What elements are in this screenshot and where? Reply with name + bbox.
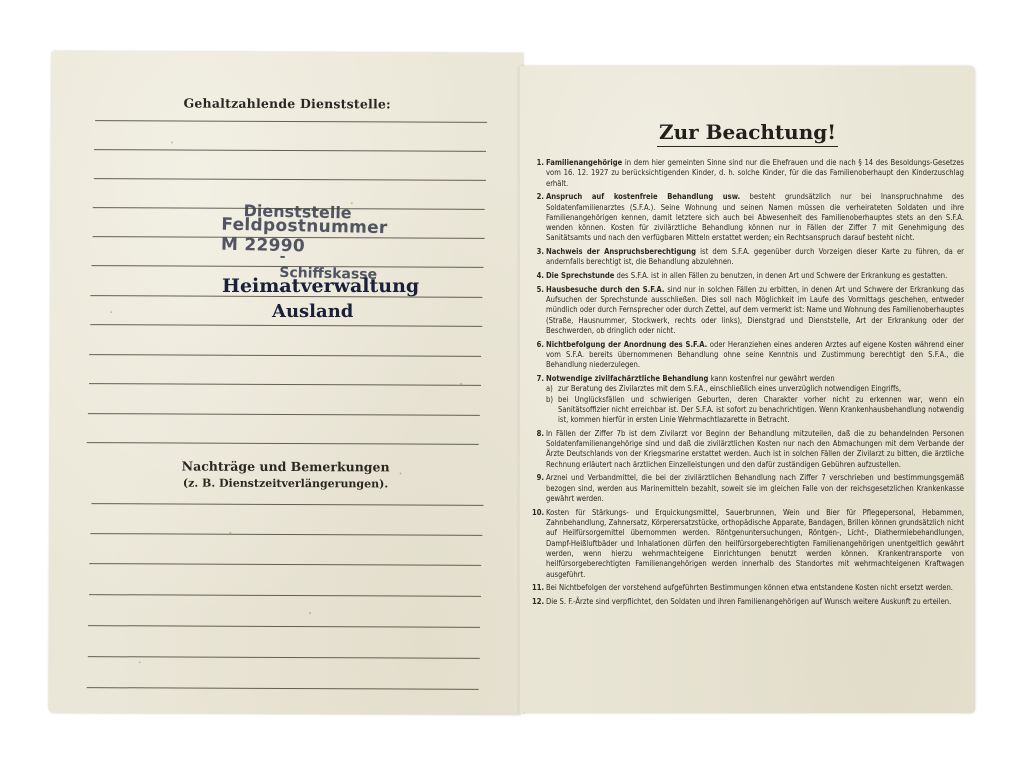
ruled-line xyxy=(90,324,482,327)
notice-item: 6.Nichtbefolgung der Anordnung des S.F.A… xyxy=(532,340,964,371)
notice-item-number: 2. xyxy=(532,192,544,202)
ruled-line xyxy=(89,594,481,597)
salary-office-label: Gehaltzahlende Dienststelle: xyxy=(51,95,523,112)
right-page: Zur Beachtung! 1.Familienangehörige in d… xyxy=(520,66,975,713)
notice-item-lead: Anspruch auf kostenfreie Behandlung usw. xyxy=(546,192,740,201)
notice-item-number: 3. xyxy=(532,247,544,257)
notice-item-number: 10. xyxy=(532,508,544,518)
notice-subitem-text: zur Beratung des Zivilarztes mit dem S.F… xyxy=(558,384,901,393)
notice-item: 5.Hausbesuche durch den S.F.A. sind nur … xyxy=(532,285,964,336)
ruled-line xyxy=(95,120,487,123)
ruled-line xyxy=(88,413,480,416)
notice-subitem: b)bei Unglücksfällen und schwierigen Geb… xyxy=(546,395,964,426)
ruled-line xyxy=(89,383,481,386)
notice-item-text: Bei Nichtbefolgen der vorstehend aufgefü… xyxy=(546,583,953,592)
notice-item-text: In Fällen der Ziffer 7b ist dem Zivilarz… xyxy=(546,429,964,469)
paper-speck xyxy=(400,472,402,474)
notice-item: 8.In Fällen der Ziffer 7b ist dem Zivila… xyxy=(532,429,964,470)
notice-item-number: 7. xyxy=(532,374,544,384)
notice-item: 11.Bei Nichtbefolgen der vorstehend aufg… xyxy=(532,583,964,593)
notice-item: 4.Die Sprechstunde des S.F.A. ist in all… xyxy=(532,271,964,281)
notice-item-number: 6. xyxy=(532,340,544,350)
notice-item-lead: Notwendige zivilfachärztliche Behandlung xyxy=(546,374,708,383)
notice-item-number: 11. xyxy=(532,583,544,593)
notice-item-lead: Hausbesuche durch den S.F.A. xyxy=(546,285,664,294)
notice-item: 9.Arznei und Verbandmittel, die bei der … xyxy=(532,473,964,504)
ruled-line xyxy=(90,533,482,536)
notice-item: 2.Anspruch auf kostenfreie Behandlung us… xyxy=(532,192,964,243)
ruled-lines-upper xyxy=(51,51,523,53)
notice-item-text: kann kostenfrei nur gewährt werden xyxy=(708,374,834,383)
notice-item-number: 1. xyxy=(532,158,544,168)
notice-item-number: 5. xyxy=(532,285,544,295)
notice-title-text: Zur Beachtung! xyxy=(657,120,838,147)
notice-item-lead: Familienangehörige xyxy=(546,158,622,167)
paper-speck xyxy=(460,383,462,385)
notice-item: 10.Kosten für Stärkungs- und Erquickungs… xyxy=(532,508,964,580)
supplements-subtitle: (z. B. Dienstzeitverlängerungen). xyxy=(50,476,522,491)
notice-list: 1.Familienangehörige in dem hier gemeint… xyxy=(532,158,964,611)
notice-item-text: Arznei und Verbandmittel, die bei der zi… xyxy=(546,473,964,503)
notice-item-text: Kosten für Stärkungs- und Erquickungsmit… xyxy=(546,508,964,579)
paper-speck xyxy=(309,612,311,614)
notice-subitem: a)zur Beratung des Zivilarztes mit dem S… xyxy=(546,384,964,394)
notice-item-lead: Nichtbefolgung der Anordnung des S.F.A. xyxy=(546,340,707,349)
notice-item-number: 12. xyxy=(532,597,544,607)
notice-item-lead: Nachweis der Anspruchsberechtigung xyxy=(546,247,696,256)
notice-item: 3.Nachweis der Anspruchsberechtigung ist… xyxy=(532,247,964,268)
notice-item: 1.Familienangehörige in dem hier gemeint… xyxy=(532,158,964,189)
notice-item: 12.Die S. F.-Ärzte sind verpflichtet, de… xyxy=(532,597,964,607)
ruled-line xyxy=(91,503,483,506)
ruled-line xyxy=(94,178,486,181)
ruled-line xyxy=(94,149,486,152)
stamp-line-ausland: Ausland xyxy=(272,301,353,322)
ruled-line xyxy=(90,563,482,566)
notice-subitem-text: bei Unglücksfällen und schwierigen Gebur… xyxy=(558,395,964,425)
notice-item: 7.Notwendige zivilfachärztliche Behandlu… xyxy=(532,374,964,425)
ruled-line xyxy=(88,625,480,628)
notice-item-text: des S.F.A. ist in allen Fällen zu benutz… xyxy=(614,271,947,280)
notice-subitem-label: a) xyxy=(546,384,553,394)
notice-item-text: Die S. F.-Ärzte sind verpflichtet, den S… xyxy=(546,597,951,606)
left-page: Gehaltzahlende Dienststelle: Nachträge u… xyxy=(49,51,524,715)
notice-item-number: 8. xyxy=(532,429,544,439)
ruled-line xyxy=(89,354,481,357)
ruled-lines-lower xyxy=(51,51,523,53)
ruled-line xyxy=(87,656,479,659)
notice-subitem-label: b) xyxy=(546,395,553,405)
notice-item-lead: Die Sprechstunde xyxy=(546,271,614,280)
notice-title: Zur Beachtung! xyxy=(520,120,975,144)
stamp-line-heimatverwaltung: Heimatverwaltung xyxy=(222,275,419,297)
paper-speck xyxy=(110,311,112,313)
paper-speck xyxy=(171,141,173,143)
supplements-title: Nachträge und Bemerkungen xyxy=(50,458,522,475)
notice-item-number: 9. xyxy=(532,473,544,483)
paper-speck xyxy=(139,661,141,663)
ruled-line xyxy=(87,687,479,690)
ruled-line xyxy=(87,442,479,445)
paper-speck xyxy=(229,532,231,534)
notice-item-number: 4. xyxy=(532,271,544,281)
